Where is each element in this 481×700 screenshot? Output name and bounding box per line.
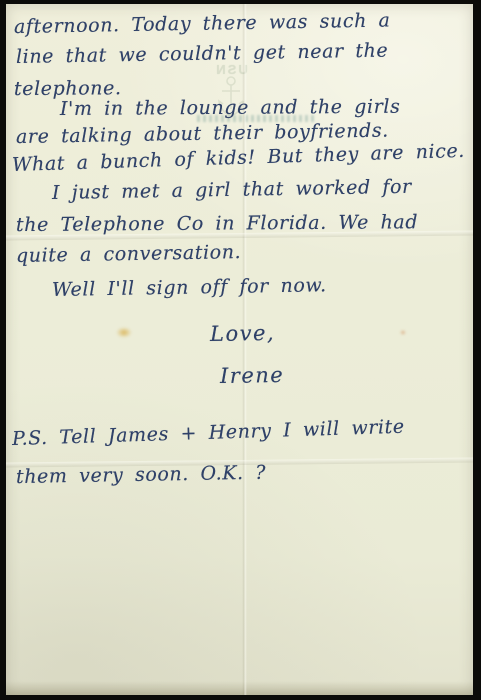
letter-line: quite a conversation. bbox=[16, 241, 242, 267]
signature-irene: Irene bbox=[220, 363, 285, 388]
stain-mark-small bbox=[400, 330, 406, 335]
letter-line: I just met a girl that worked for bbox=[52, 176, 412, 204]
letter-line: telephone. bbox=[14, 77, 122, 100]
closing-love: Love, bbox=[210, 321, 275, 346]
scanned-letter-photo: USN afternoon. Today there was such a li… bbox=[0, 0, 481, 700]
letter-line: line that we couldn't get near the bbox=[16, 40, 389, 68]
postscript-line: P.S. Tell James + Henry I will write bbox=[12, 416, 405, 450]
letter-paper: USN afternoon. Today there was such a li… bbox=[6, 4, 473, 695]
letter-line: the Telephone Co in Florida. We had bbox=[16, 211, 418, 236]
letter-line: afternoon. Today there was such a bbox=[14, 9, 391, 38]
letter-line: Well I'll sign off for now. bbox=[52, 274, 327, 301]
stain-mark bbox=[116, 327, 132, 338]
letter-line: I'm in the lounge and the girls bbox=[60, 96, 401, 120]
postscript-line: them very soon. O.K. ? bbox=[16, 462, 266, 488]
